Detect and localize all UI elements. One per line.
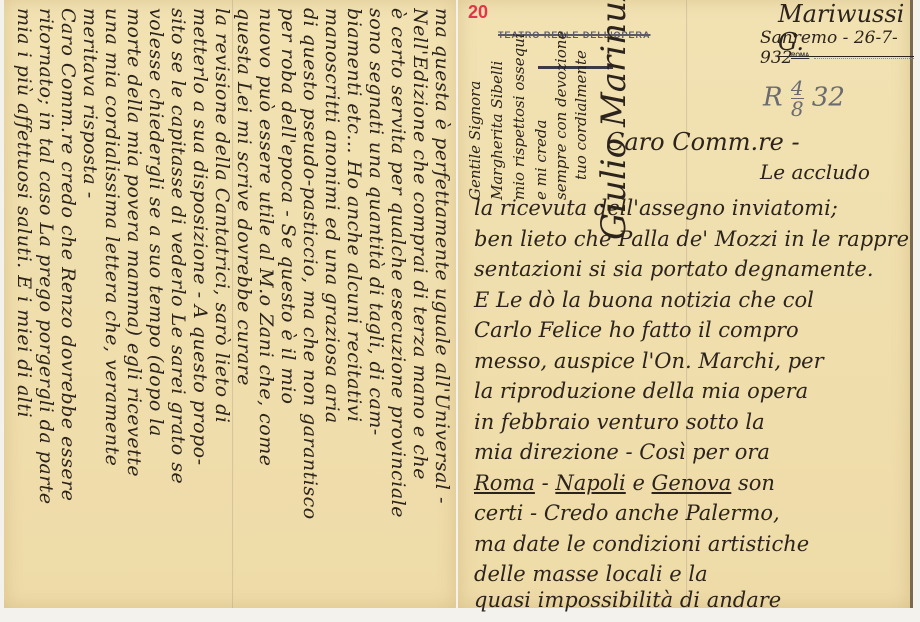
postscript-line-2: Margherita Sibelli [488, 10, 506, 200]
postscript-line-4: e mi creda [532, 10, 550, 200]
letterhead-city: ROMA [791, 53, 809, 59]
received-year: 32 [812, 83, 845, 113]
dateline: Sanremo - 26-7-932 [760, 28, 910, 68]
salutation: Caro Comm.re - [606, 128, 800, 156]
received-prefix: R [763, 83, 783, 113]
body-line-10: Roma - Napoli e Genova son [474, 471, 775, 495]
city-napoli: Napoli [555, 471, 625, 495]
left-line-18: Caro Comm.re credo che Renzo dovrebbe es… [58, 8, 77, 598]
opening-line: Le accludo [760, 160, 870, 184]
body-line-2: ben lieto che Palla de' Mozzi in le rapp… [474, 227, 909, 251]
body-line-4: E Le dò la buona notizia che col [474, 288, 814, 312]
received-month: 8 [791, 99, 804, 119]
body-line-5: Carlo Felice ho fatto il compro [474, 318, 799, 342]
left-line-11: la revisione della Cantatrici, sarò liet… [212, 8, 231, 598]
left-line-3: è certo servita per qualche esecuzione p… [388, 8, 407, 598]
right-page: 20 TEATRO REALE DELL'OPERA Mariwussi G. … [458, 0, 913, 608]
left-line-19: ritornato; in tal caso La prego porgergl… [36, 8, 55, 598]
letterhead-city-line [814, 58, 914, 59]
postscript-line-6: tuo cordialmente [572, 10, 590, 180]
city-roma: Roma [474, 471, 535, 495]
body-line-14: quasi impossibilità di andare [474, 588, 781, 612]
left-line-14: volesse chiedergli se a suo tempo (dopo … [146, 8, 165, 598]
postscript-line-3: mio rispettosi ossequi [510, 10, 528, 200]
body-line-9: mia direzione - Così per ora [474, 440, 770, 464]
received-fraction: 4 8 [791, 78, 804, 119]
body-line-6: messo, auspice l'On. Marchi, per [474, 349, 824, 373]
left-line-2: Nell'Edizione che comprai di terza mano … [410, 8, 429, 598]
left-line-17: meritava risposta - [80, 8, 99, 598]
city-genova: Genova [652, 471, 732, 495]
left-line-16: una mia cordialissima lettera che, veram… [102, 8, 121, 598]
left-line-8: per roba dell'epoca - Se questo è il mio [278, 8, 297, 598]
body-line-11: certi - Credo anche Palermo, [474, 501, 780, 525]
body-line-3: sentazioni si sia portato degnamente. [474, 257, 874, 281]
left-page: ma questa è perfettamente uguale all'Uni… [4, 0, 456, 608]
left-line-20: mia i più affettuosi saluti. E i miei di… [14, 8, 33, 598]
left-line-6: manoscritti anonimi ed una graziosa aria [322, 8, 341, 598]
received-day: 4 [791, 78, 804, 99]
left-line-13: sito se le capitasse di vederlo Le sarei… [168, 8, 187, 598]
left-line-7: di questo pseudo-pasticcio, ma che non g… [300, 8, 319, 598]
left-line-1: ma questa è perfettamente uguale all'Uni… [432, 8, 451, 598]
left-line-5: biamenti etc... Ho anche alcuni recitati… [344, 8, 363, 598]
left-line-9: nuovo può essere utile al M.o Zani che, … [256, 8, 275, 598]
body-line-7: la riproduzione della mia opera [474, 379, 808, 403]
left-line-15: morte della mia povera mamma) egli ricev… [124, 8, 143, 598]
body-line-8: in febbraio venturo sotto la [474, 410, 765, 434]
left-line-4: sono segnati una quantità di tagli, di c… [366, 8, 385, 598]
letter-scan: ma questa è perfettamente uguale all'Uni… [0, 0, 920, 622]
left-line-12: metterlo a sua disposizione - A questo p… [190, 8, 209, 598]
received-note: R 4 8 32 [763, 78, 845, 119]
body-line-13: delle masse locali e la [474, 562, 708, 586]
postscript-line-5: sempre con devozione [552, 10, 570, 200]
body-line-1: la ricevuta dell'assegno inviatomi; [474, 196, 838, 220]
left-line-10: questa Lei mi scrive dovrebbe curare [234, 8, 253, 598]
body-line-12: ma date le condizioni artistiche [474, 532, 809, 556]
postscript-line-1: Gentile Signora [466, 10, 484, 200]
